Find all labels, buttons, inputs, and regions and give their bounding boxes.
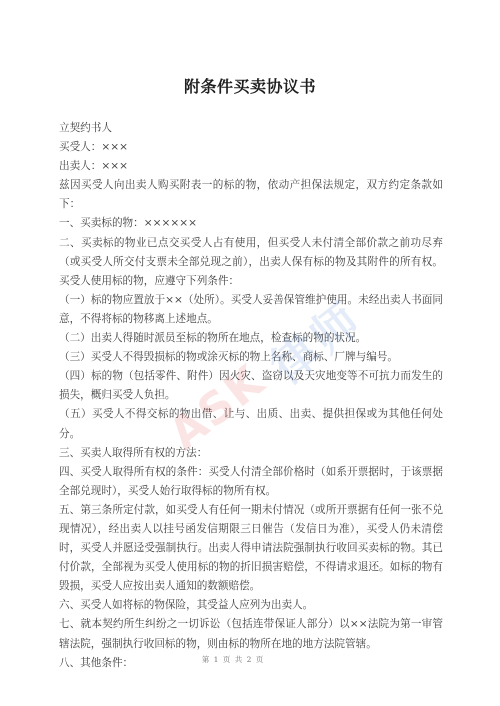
clause-3: 三、买卖人取得所有权的方法： [59, 444, 443, 463]
clause-5: 五、第三条所定付款，如买受人有任何一期未付情况（或所开票据有任何一张不兑现情况）… [59, 501, 443, 596]
paragraph-preamble: 兹因买受人向出卖人购买附表一的标的物，依动产担保法规定，双方约定条款如下： [59, 176, 443, 214]
clause-4: 四、买受人取得所有权的条件：买受人付清全部价格时（如系开票据时，于该票据全部兑现… [59, 463, 443, 501]
paragraph-parties-heading: 立契约书人 [59, 119, 443, 138]
clause-2-item-4: （四）标的物（包括零件、附件）因火灾、盗窃以及天灾地变等不可抗力而发生的损失，概… [59, 367, 443, 405]
document-body: 立契约书人 买受人：××× 出卖人：××× 兹因买受人向出卖人购买附表一的标的物… [59, 119, 443, 673]
document-page: 附条件买卖协议书 立契约书人 买受人：××× 出卖人：××× 兹因买受人向出卖人… [0, 0, 500, 706]
page-number-footer: 第 1 页 共 2 页 [0, 654, 500, 665]
clause-2: 二、买卖标的物业已点交买受人占有使用，但买受人未付清全部价款之前功尽弃（或买受人… [59, 234, 443, 291]
clause-6: 六、买受人如将标的物保险，其受益人应列为出卖人。 [59, 596, 443, 615]
clause-2-item-3: （三）买受人不得毁损标的物或涂灭标的物上名称、商标、厂牌与编号。 [59, 348, 443, 367]
document-title: 附条件买卖协议书 [0, 74, 500, 97]
paragraph-buyer: 买受人：××× [59, 138, 443, 157]
clause-2-item-2: （二）出卖人得随时派员至标的物所在地点，检查标的物的状况。 [59, 329, 443, 348]
clause-2-item-1: （一）标的物应置放于××（处所）。买受人妥善保管维护使用。未经出卖人书面同意，不… [59, 291, 443, 329]
clause-2-item-5: （五）买受人不得交标的物出借、让与、出质、出卖、提供担保或为其他任何处分。 [59, 405, 443, 443]
paragraph-seller: 出卖人：××× [59, 157, 443, 176]
clause-7: 七、就本契约所生纠纷之一切诉讼（包括连带保证人部分）以××法院为第一审管辖法院，… [59, 615, 443, 653]
clause-1: 一、买卖标的物：×××××× [59, 214, 443, 233]
